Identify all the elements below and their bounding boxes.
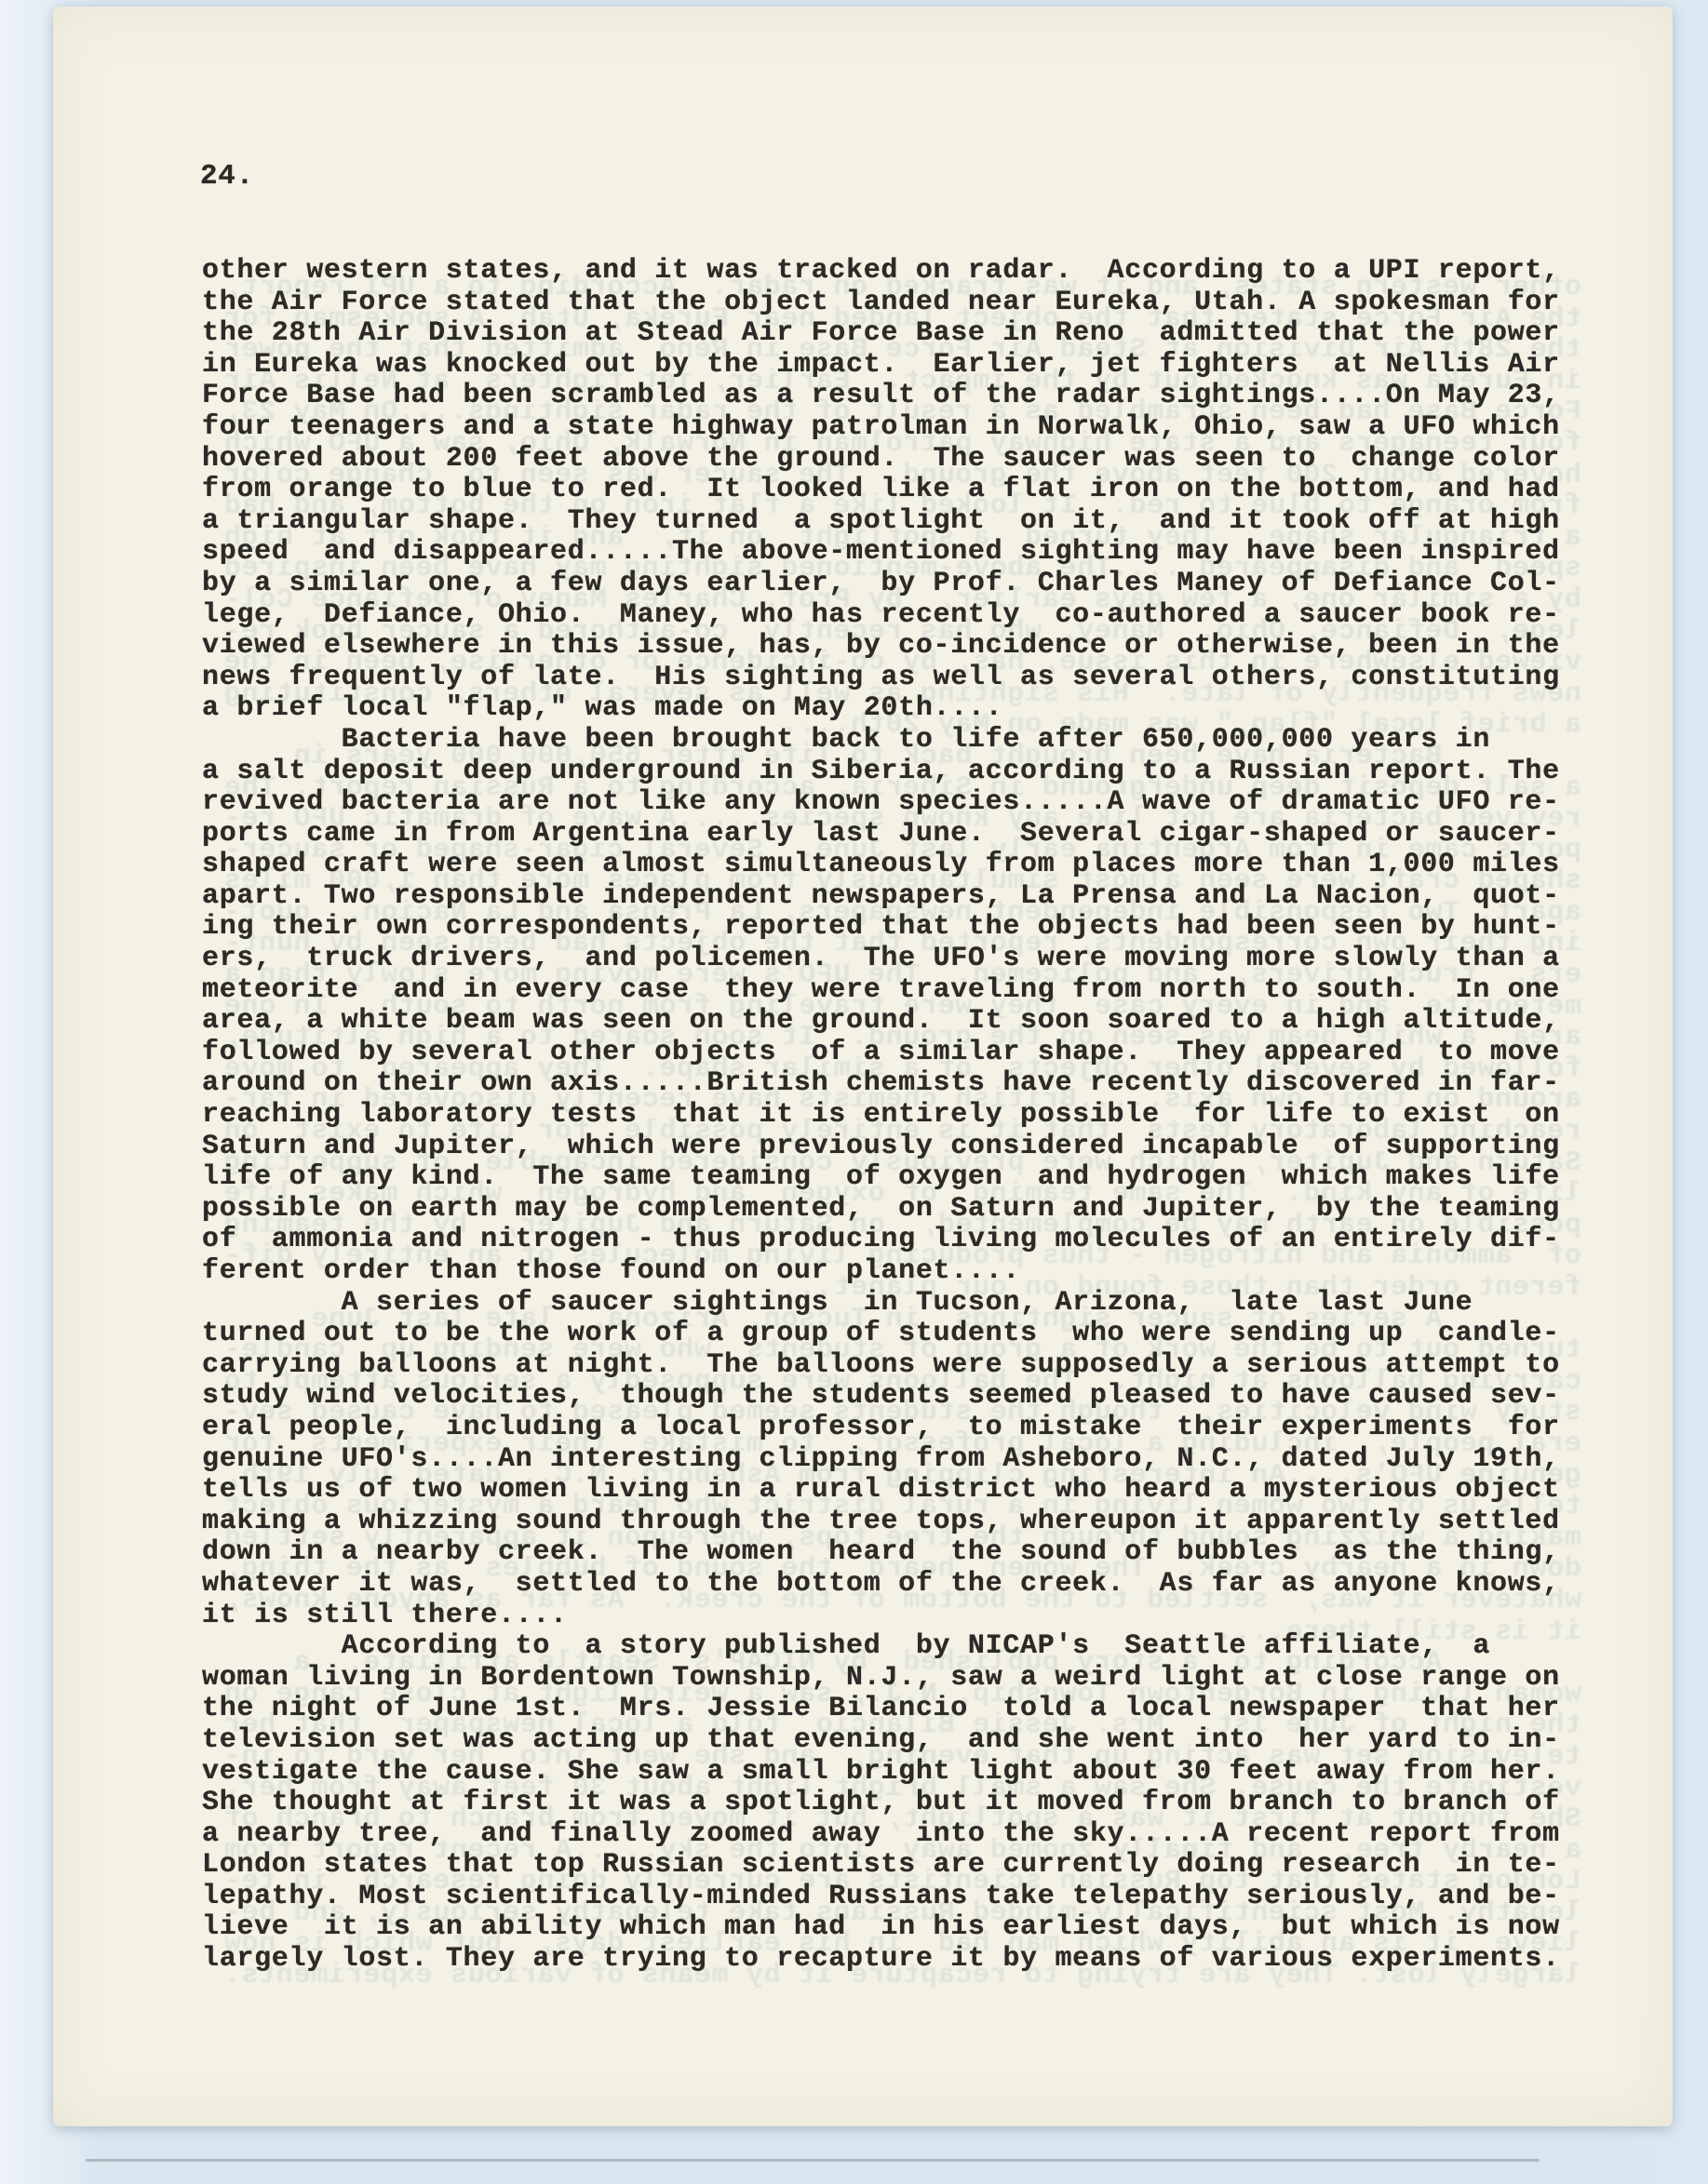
text-line: woman living in Bordentown Township, N.J… — [202, 1663, 1581, 1695]
text-line: apart. Two responsible independent newsp… — [202, 881, 1581, 913]
text-line: meteorite and in every case they were tr… — [202, 975, 1581, 1007]
text-line: a nearby tree, and finally zoomed away i… — [202, 1819, 1581, 1851]
text-line: around on their own axis.....British che… — [202, 1068, 1581, 1100]
text-line: the night of June 1st. Mrs. Jessie Bilan… — [202, 1694, 1581, 1725]
text-line: Bacteria have been brought back to life … — [202, 725, 1581, 757]
text-line: possible on earth may be complemented, o… — [202, 1194, 1581, 1226]
text-line: Saturn and Jupiter, which were previousl… — [202, 1132, 1581, 1163]
text-line: tells us of two women living in a rural … — [202, 1475, 1581, 1507]
text-line: A series of saucer sightings in Tucson, … — [202, 1288, 1581, 1320]
text-line: ers, truck drivers, and policemen. The U… — [202, 944, 1581, 975]
text-line: followed by several other objects of a s… — [202, 1038, 1581, 1069]
text-line: revived bacteria are not like any known … — [202, 787, 1581, 819]
text-line: carrying balloons at night. The balloons… — [202, 1350, 1581, 1382]
text-line: viewed elsewhere in this issue, has, by … — [202, 631, 1581, 663]
text-line: a brief local "flap," was made on May 20… — [202, 693, 1581, 725]
text-line: London states that top Russian scientist… — [202, 1850, 1581, 1882]
text-line: television set was acting up that evenin… — [202, 1725, 1581, 1757]
page-number: 24. — [200, 160, 254, 193]
text-line: largely lost. They are trying to recaptu… — [202, 1944, 1581, 1976]
text-line: hovered about 200 feet above the ground.… — [202, 444, 1581, 476]
text-line: shaped craft were seen almost simultaneo… — [202, 850, 1581, 881]
scanned-document-background: { "page": { "number": "24.", "body_lines… — [0, 0, 1708, 2184]
text-line: in Eureka was knocked out by the impact.… — [202, 350, 1581, 382]
text-line: turned out to be the work of a group of … — [202, 1319, 1581, 1350]
text-line: ing their own correspondents, reported t… — [202, 912, 1581, 944]
scanner-edge-line — [86, 2159, 1540, 2162]
text-line: ferent order than those found on our pla… — [202, 1256, 1581, 1288]
text-line: life of any kind. The same teaming of ox… — [202, 1162, 1581, 1194]
text-line: by a similar one, a few days earlier, by… — [202, 569, 1581, 600]
text-line: Force Base had been scrambled as a resul… — [202, 381, 1581, 412]
text-line: down in a nearby creek. The women heard … — [202, 1537, 1581, 1569]
text-line: a triangular shape. They turned a spotli… — [202, 506, 1581, 538]
document-page: 24. other western states, and it was tra… — [53, 7, 1673, 2126]
typewritten-text-block: other western states, and it was tracked… — [202, 256, 1581, 1976]
text-line: lege, Defiance, Ohio. Maney, who has rec… — [202, 600, 1581, 632]
text-line: vestigate the cause. She saw a small bri… — [202, 1757, 1581, 1789]
text-line: lieve it is an ability which man had in … — [202, 1912, 1581, 1944]
text-line: of ammonia and nitrogen - thus producing… — [202, 1225, 1581, 1256]
text-line: four teenagers and a state highway patro… — [202, 412, 1581, 444]
text-line: ports came in from Argentina early last … — [202, 819, 1581, 851]
text-line: reaching laboratory tests that it is ent… — [202, 1100, 1581, 1132]
text-line: a salt deposit deep underground in Siber… — [202, 757, 1581, 788]
text-line: the Air Force stated that the object lan… — [202, 288, 1581, 319]
text-line: the 28th Air Division at Stead Air Force… — [202, 318, 1581, 350]
text-line: lepathy. Most scientifically-minded Russ… — [202, 1882, 1581, 1913]
text-line: speed and disappeared.....The above-ment… — [202, 537, 1581, 569]
text-line: other western states, and it was tracked… — [202, 256, 1581, 288]
text-line: According to a story published by NICAP'… — [202, 1631, 1581, 1663]
text-line: whatever it was, settled to the bottom o… — [202, 1569, 1581, 1601]
text-line: making a whizzing sound through the tree… — [202, 1507, 1581, 1538]
text-line: study wind velocities, though the studen… — [202, 1381, 1581, 1413]
text-line: genuine UFO's....An interesting clipping… — [202, 1444, 1581, 1476]
text-line: eral people, including a local professor… — [202, 1413, 1581, 1444]
text-line: She thought at first it was a spotlight,… — [202, 1788, 1581, 1819]
text-line: area, a white beam was seen on the groun… — [202, 1006, 1581, 1038]
text-line: from orange to blue to red. It looked li… — [202, 475, 1581, 506]
text-line: it is still there.... — [202, 1601, 1581, 1632]
text-line: news frequently of late. His sighting as… — [202, 663, 1581, 694]
